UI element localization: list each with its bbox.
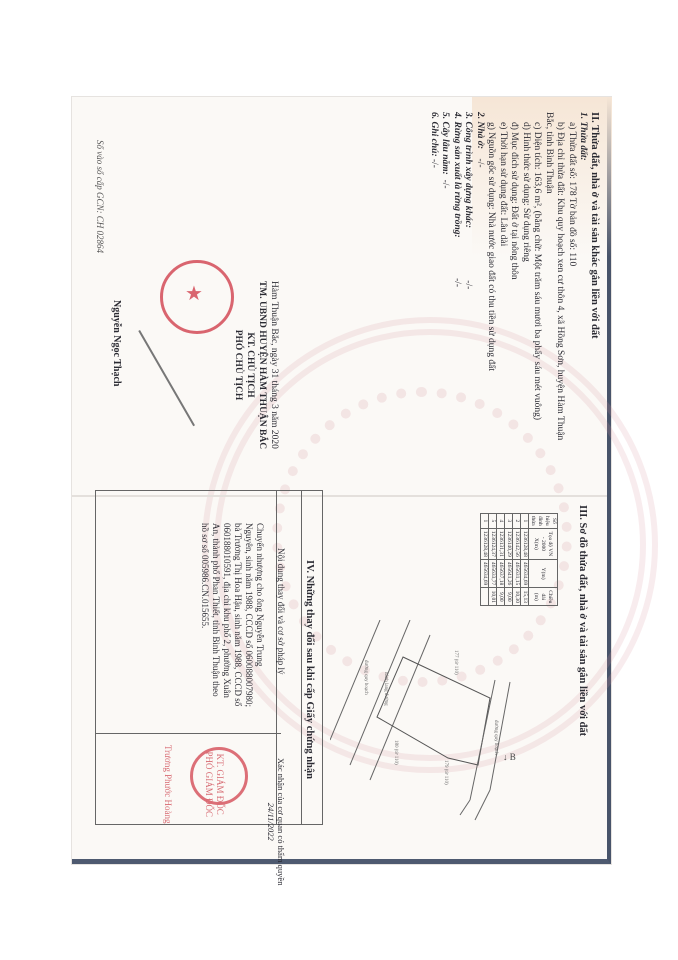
signer-name: Nguyễn Ngọc Thạch xyxy=(111,300,122,387)
table-row: 21236142,56465631,1510,30 xyxy=(513,514,521,606)
col-header-confirm: Xác nhận của cơ quan có thẩm quyền 24/11… xyxy=(266,758,286,885)
section-land-parcel: II. Thửa đất, nhà ở và tài sản khác gắn … xyxy=(428,112,601,442)
table-row: 51236124,37465633,7710,01 xyxy=(489,514,497,606)
signature-block: Hàm Thuận Bắc, ngày 31 tháng 3 năm 2020 … xyxy=(232,250,280,480)
section2-title: II. Thửa đất, nhà ở và tài sản khác gắn … xyxy=(589,112,601,442)
section4-title: IV. Những thay đổi sau khi cấp Giấy chứn… xyxy=(304,560,315,779)
change-entry: Chuyển nhượng cho ông Nguyễn TrungNguyên… xyxy=(199,523,265,707)
table-row: 41236131,31465637,189,00 xyxy=(497,514,505,606)
table-row: 11236128,48465634,6915,13 xyxy=(521,514,529,606)
north-arrow-icon: ↓ B xyxy=(503,752,516,762)
confirm-signature: KT. GIÁM ĐỐC PHÓ GIÁM ĐỐC Trương Phước H… xyxy=(162,745,225,823)
section3-title: III. Sơ đồ thửa đất, nhà ở và tài sản gắ… xyxy=(577,505,588,736)
parcel-map xyxy=(330,620,530,880)
registry-number: Số vào sổ cấp GCN: CH 02864 xyxy=(95,140,105,253)
place-date: Hàm Thuận Bắc, ngày 31 tháng 3 năm 2020 xyxy=(268,250,280,480)
official-stamp-icon xyxy=(160,260,234,334)
table-row: 11236128,48465634,69 xyxy=(481,514,489,606)
table-row: 31236140,29465641,269,00 xyxy=(505,514,513,606)
col-header-content: Nội dung thay đổi và cơ sở pháp lý xyxy=(276,548,286,675)
